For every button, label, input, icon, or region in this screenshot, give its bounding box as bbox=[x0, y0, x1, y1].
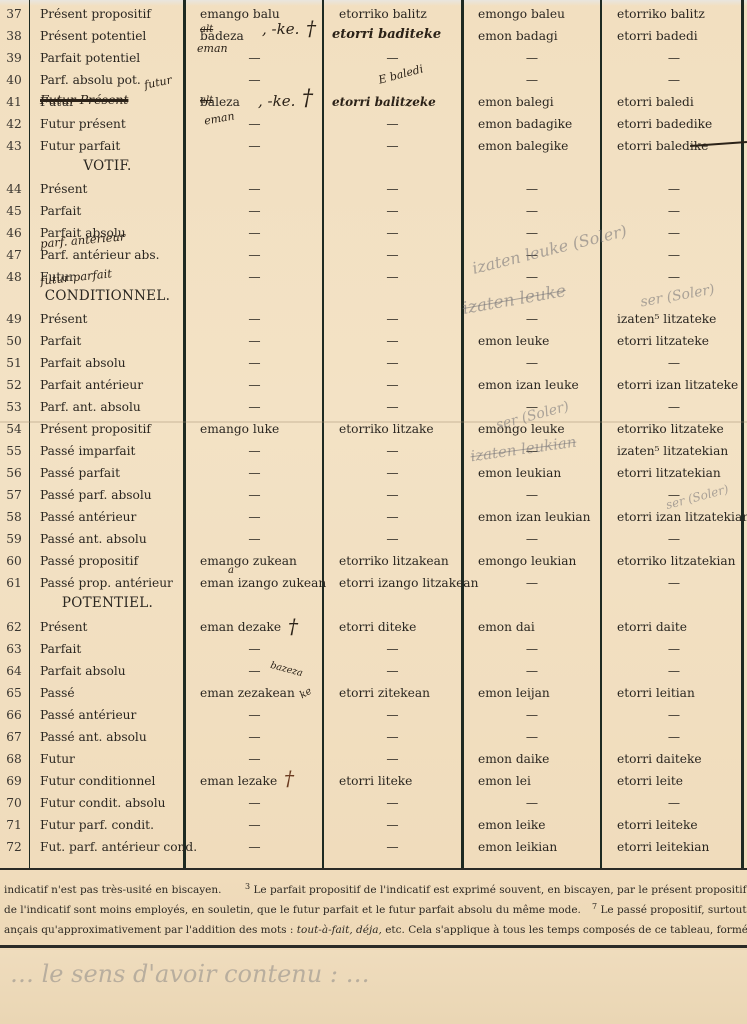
tense-label: Parfait potentiel bbox=[40, 47, 140, 69]
table-row: 47Parf. antérieur abs.———— bbox=[0, 244, 747, 266]
tense-label: Parfait absolu bbox=[40, 352, 126, 374]
cell-c4: etorri badedike bbox=[603, 113, 747, 135]
tense-label: Passé imparfait bbox=[40, 440, 135, 462]
cell-c2: — bbox=[325, 396, 460, 418]
handwritten-form-r41-c2: etorri balitzeke bbox=[332, 95, 436, 109]
cell-c4: — bbox=[603, 528, 745, 550]
footnote-marker-3: 3 bbox=[245, 882, 250, 891]
handwritten-note-r61: a bbox=[228, 565, 234, 576]
row-number: 64 bbox=[2, 660, 26, 682]
table-row: 62Présenteman dezakeetorri ditekeemon da… bbox=[0, 616, 747, 638]
cell-c4: — bbox=[603, 244, 745, 266]
cell-c3: — bbox=[464, 484, 600, 506]
row-number: 61 bbox=[2, 572, 26, 594]
table-bottom-rule bbox=[0, 868, 747, 870]
row-number: 72 bbox=[2, 836, 26, 858]
tense-label: Passé prop. antérieur bbox=[40, 572, 173, 594]
footnote-line-2-right: 7 Le passé propositif, surtout le bbox=[592, 900, 747, 920]
cell-c1: — bbox=[186, 836, 323, 858]
row-number: 63 bbox=[2, 638, 26, 660]
cell-c2: — bbox=[325, 352, 460, 374]
cell-c1: — bbox=[186, 528, 323, 550]
cell-c2: etorri zitekean bbox=[325, 682, 474, 704]
row-number: 47 bbox=[2, 244, 26, 266]
tense-label: Présent propositif bbox=[40, 418, 151, 440]
footnote-line-3-italic: tout-à-fait, déja, bbox=[297, 924, 382, 936]
cell-c2: — bbox=[325, 308, 460, 330]
cell-c4: etorri izan litzateke bbox=[603, 374, 747, 396]
footnote-bottom-rule bbox=[0, 945, 747, 948]
section-heading: POTENTIEL. bbox=[30, 595, 185, 611]
footnote-line-1-left: indicatif n'est pas très-usité en biscay… bbox=[4, 880, 222, 900]
cell-c3: — bbox=[464, 200, 600, 222]
handwritten-suffix-r38: , -ke. bbox=[262, 20, 299, 38]
cell-c1: eman izango zukean bbox=[186, 572, 337, 594]
handwritten-strike-r41: alt bbox=[200, 95, 213, 106]
tense-label: Passé propositif bbox=[40, 550, 138, 572]
cell-c4: — bbox=[603, 352, 745, 374]
row-number: 49 bbox=[2, 308, 26, 330]
cell-c3: — bbox=[464, 638, 600, 660]
cell-c3: emongo baleu bbox=[464, 3, 614, 25]
tense-label: Parf. absolu pot. bbox=[40, 69, 141, 91]
cell-c1: — bbox=[186, 244, 323, 266]
row-number: 52 bbox=[2, 374, 26, 396]
cell-c1: emango zukean bbox=[186, 550, 337, 572]
cell-c3: emon lei bbox=[464, 770, 614, 792]
row-number: 50 bbox=[2, 330, 26, 352]
row-number: 56 bbox=[2, 462, 26, 484]
row-number: 53 bbox=[2, 396, 26, 418]
cell-c3: — bbox=[464, 572, 600, 594]
cell-c4: izaten⁵ litzateke bbox=[603, 308, 747, 330]
row-number: 62 bbox=[2, 616, 26, 638]
cell-c1: — bbox=[186, 374, 323, 396]
footnote-line-3-mid: etc. Cela s'applique à tous les temps co… bbox=[385, 924, 747, 936]
cell-c1: eman dezake bbox=[186, 616, 337, 638]
cell-c2: — bbox=[325, 330, 460, 352]
cell-c3: — bbox=[464, 352, 600, 374]
table-row: 61Passé prop. antérieureman izango zukea… bbox=[0, 572, 747, 594]
row-number: 45 bbox=[2, 200, 26, 222]
cell-c2: — bbox=[325, 748, 460, 770]
dagger-mark-r62: † bbox=[288, 614, 298, 638]
row-number: 40 bbox=[2, 69, 26, 91]
cell-c1: — bbox=[186, 396, 323, 418]
cell-c2: — bbox=[325, 178, 460, 200]
cell-c3: emon badagi bbox=[464, 25, 614, 47]
row-number: 57 bbox=[2, 484, 26, 506]
cell-c4: etorri leiteke bbox=[603, 814, 747, 836]
row-number: 66 bbox=[2, 704, 26, 726]
cell-c4: etorri badedi bbox=[603, 25, 747, 47]
tense-label: Futur bbox=[40, 748, 75, 770]
table-row: 57Passé parf. absolu———— bbox=[0, 484, 747, 506]
cell-c4: etorriko litzatekian bbox=[603, 550, 747, 572]
cell-c1: — bbox=[186, 266, 323, 288]
cell-c2: — bbox=[325, 638, 460, 660]
cell-c2: — bbox=[325, 200, 460, 222]
handwritten-note-r38: eman bbox=[197, 42, 228, 55]
tense-label: Parfait absolu bbox=[40, 660, 126, 682]
row-number: 43 bbox=[2, 135, 26, 157]
cell-c3: emon dai bbox=[464, 616, 614, 638]
footnote-marker-7: 7 bbox=[592, 902, 597, 911]
table-row: 56Passé parfait——emon leukianetorri litz… bbox=[0, 462, 747, 484]
cell-c4: — bbox=[603, 704, 745, 726]
table-row: 52Parfait antérieur——emon izan leukeetor… bbox=[0, 374, 747, 396]
row-number: 65 bbox=[2, 682, 26, 704]
cell-c3: emon balegike bbox=[464, 135, 614, 157]
cell-c2: — bbox=[325, 660, 460, 682]
cell-c1: — bbox=[186, 484, 323, 506]
cell-c4: — bbox=[603, 726, 745, 748]
table-row: 70Futur condit. absolu———— bbox=[0, 792, 747, 814]
cell-c4: etorri daiteke bbox=[603, 748, 747, 770]
tense-label: Parfait bbox=[40, 638, 81, 660]
cell-c1: — bbox=[186, 308, 323, 330]
tense-label: Passé ant. absolu bbox=[40, 726, 147, 748]
table-row: 53Parf. ant. absolu———— bbox=[0, 396, 747, 418]
table-row: 55Passé imparfait———izaten⁵ litzatekian bbox=[0, 440, 747, 462]
table-row: 44Présent———— bbox=[0, 178, 747, 200]
cell-c3: emon leike bbox=[464, 814, 614, 836]
row-number: 44 bbox=[2, 178, 26, 200]
cell-c3: — bbox=[464, 47, 600, 69]
table-row: 64Parfait absolu———— bbox=[0, 660, 747, 682]
cell-c2: — bbox=[325, 836, 460, 858]
cell-c1: — bbox=[186, 814, 323, 836]
table-row: 60Passé propositifemango zukeanetorriko … bbox=[0, 550, 747, 572]
cell-c3: — bbox=[464, 726, 600, 748]
cell-c3: — bbox=[464, 704, 600, 726]
cell-c1: — bbox=[186, 748, 323, 770]
section-heading: VOTIF. bbox=[30, 158, 185, 174]
cell-c3: — bbox=[464, 660, 600, 682]
cell-c2: etorri diteke bbox=[325, 616, 474, 638]
cell-c1: — bbox=[186, 200, 323, 222]
row-number: 60 bbox=[2, 550, 26, 572]
tense-label: Fut. parf. antérieur cond. bbox=[40, 836, 197, 858]
cell-c4: — bbox=[603, 638, 745, 660]
tense-label: Passé parfait bbox=[40, 462, 120, 484]
cell-c1: — bbox=[186, 462, 323, 484]
footnote-7-text: Le passé propositif, surtout le bbox=[600, 904, 747, 916]
document-page: 37Présent propositifemango baluetorriko … bbox=[0, 0, 747, 1024]
footnote-line-3-start: ançais qu'approximativement par l'additi… bbox=[4, 924, 293, 936]
cell-c2: — bbox=[325, 113, 460, 135]
cell-c1: — bbox=[186, 330, 323, 352]
cell-c4: izaten⁵ litzatekian bbox=[603, 440, 747, 462]
tense-label: Passé parf. absolu bbox=[40, 484, 152, 506]
table-row: 63Parfait———— bbox=[0, 638, 747, 660]
tense-label: Futur parfait bbox=[40, 135, 120, 157]
table-row: 39Parfait potentiel———— bbox=[0, 47, 747, 69]
cell-c3: emongo leukian bbox=[464, 550, 614, 572]
tense-label: Futur condit. absolu bbox=[40, 792, 166, 814]
table-row: 59Passé ant. absolu———— bbox=[0, 528, 747, 550]
table-row: 49Présent———izaten⁵ litzateke bbox=[0, 308, 747, 330]
cell-c2: etorriko balitz bbox=[325, 3, 474, 25]
cell-c2: — bbox=[325, 726, 460, 748]
cell-c2: — bbox=[325, 222, 460, 244]
cell-c3: — bbox=[464, 528, 600, 550]
cell-c1: — bbox=[186, 726, 323, 748]
cell-c4: etorri leitekian bbox=[603, 836, 747, 858]
cell-c3: emon leuke bbox=[464, 330, 614, 352]
row-number: 42 bbox=[2, 113, 26, 135]
cell-c4: — bbox=[603, 200, 745, 222]
dagger-mark-r38: † bbox=[306, 16, 316, 40]
cell-c4: — bbox=[603, 69, 745, 91]
cell-c1: eman zezakean bbox=[186, 682, 337, 704]
cell-c2: — bbox=[325, 374, 460, 396]
row-number: 69 bbox=[2, 770, 26, 792]
tense-label: Présent bbox=[40, 616, 87, 638]
row-number: 37 bbox=[2, 3, 26, 25]
cell-c4: — bbox=[603, 47, 745, 69]
cell-c4: — bbox=[603, 178, 745, 200]
cell-c2: — bbox=[325, 506, 460, 528]
handwritten-strike-r38: alt bbox=[200, 24, 213, 35]
row-number: 70 bbox=[2, 792, 26, 814]
cell-c2: etorri liteke bbox=[325, 770, 474, 792]
cell-c4: etorriko litzateke bbox=[603, 418, 747, 440]
row-number: 55 bbox=[2, 440, 26, 462]
tense-label: Futur parf. condit. bbox=[40, 814, 154, 836]
cell-c2: etorriko litzakean bbox=[325, 550, 474, 572]
handwritten-strike-label-r41: Futur Présent bbox=[40, 92, 128, 107]
row-number: 71 bbox=[2, 814, 26, 836]
cell-c1: eman lezake bbox=[186, 770, 337, 792]
tense-label: Parfait bbox=[40, 200, 81, 222]
cell-c4: etorri baledike bbox=[603, 135, 747, 157]
row-number: 58 bbox=[2, 506, 26, 528]
tense-label: Présent potentiel bbox=[40, 25, 146, 47]
cell-c4: etorri leite bbox=[603, 770, 747, 792]
cell-c3: emon daike bbox=[464, 748, 614, 770]
cell-c3: — bbox=[464, 69, 600, 91]
tense-label: Présent bbox=[40, 308, 87, 330]
cell-c1: — bbox=[186, 222, 323, 244]
cell-c1: — bbox=[186, 135, 323, 157]
row-number: 51 bbox=[2, 352, 26, 374]
row-number: 59 bbox=[2, 528, 26, 550]
cell-c4: etorri litzatekian bbox=[603, 462, 747, 484]
cell-c3: — bbox=[464, 178, 600, 200]
cell-c4: — bbox=[603, 660, 745, 682]
table-row: 58Passé antérieur——emon izan leukianetor… bbox=[0, 506, 747, 528]
cell-c3: emon izan leukian bbox=[464, 506, 614, 528]
row-number: 48 bbox=[2, 266, 26, 288]
row-number: 46 bbox=[2, 222, 26, 244]
footnote-3-text: Le parfait propositif de l'indicatif est… bbox=[253, 884, 747, 896]
row-number: 67 bbox=[2, 726, 26, 748]
table-row: 51Parfait absolu———— bbox=[0, 352, 747, 374]
cell-c2: — bbox=[325, 462, 460, 484]
cell-c2: — bbox=[325, 244, 460, 266]
tense-label: Parf. ant. absolu bbox=[40, 396, 141, 418]
handwritten-form-r38-c2: etorri baditeke bbox=[332, 27, 441, 42]
footnote-line-2-left: de l'indicatif sont moins employés, en s… bbox=[4, 900, 581, 920]
tense-label: Futur conditionnel bbox=[40, 770, 155, 792]
cell-c4: — bbox=[603, 792, 745, 814]
cell-c2: — bbox=[325, 135, 460, 157]
cell-c2: — bbox=[325, 704, 460, 726]
table-row: 43Futur parfait——emon balegikeetorri bal… bbox=[0, 135, 747, 157]
cell-c2: — bbox=[325, 792, 460, 814]
footnote-line-3: ançais qu'approximativement par l'additi… bbox=[4, 920, 747, 940]
table-row: 69Futur conditionneleman lezakeetorri li… bbox=[0, 770, 747, 792]
table-row: 42Futur présent——emon badagikeetorri bad… bbox=[0, 113, 747, 135]
cell-c1: — bbox=[186, 638, 323, 660]
cell-c2: — bbox=[325, 47, 460, 69]
cell-c4: — bbox=[603, 266, 745, 288]
cell-c1: — bbox=[186, 792, 323, 814]
table-row: 37Présent propositifemango baluetorriko … bbox=[0, 3, 747, 25]
cell-c2: — bbox=[325, 440, 460, 462]
cell-c2: — bbox=[325, 266, 460, 288]
cell-c4: — bbox=[603, 572, 745, 594]
cell-c2: — bbox=[325, 528, 460, 550]
table-row: 50Parfait——emon leukeetorri litzateke bbox=[0, 330, 747, 352]
cell-c4: etorri leitian bbox=[603, 682, 747, 704]
cell-c1: — bbox=[186, 352, 323, 374]
row-number: 54 bbox=[2, 418, 26, 440]
cell-c3: — bbox=[464, 792, 600, 814]
cell-c2: etorriko litzake bbox=[325, 418, 474, 440]
row-number: 68 bbox=[2, 748, 26, 770]
table-row: 67Passé ant. absolu———— bbox=[0, 726, 747, 748]
cell-c3: emon leikian bbox=[464, 836, 614, 858]
cell-c3: emon leukian bbox=[464, 462, 614, 484]
tense-label: Passé antérieur bbox=[40, 506, 136, 528]
tense-label: Passé antérieur bbox=[40, 704, 136, 726]
table-row: 66Passé antérieur———— bbox=[0, 704, 747, 726]
table-row: 45Parfait———— bbox=[0, 200, 747, 222]
cell-c1: emango luke bbox=[186, 418, 337, 440]
row-number: 39 bbox=[2, 47, 26, 69]
table-row: 65Passéeman zezakeanetorri zitekeanemon … bbox=[0, 682, 747, 704]
cell-c4: etorriko balitz bbox=[603, 3, 747, 25]
cell-c3: emon izan leuke bbox=[464, 374, 614, 396]
tense-label: Passé ant. absolu bbox=[40, 528, 147, 550]
row-number: 38 bbox=[2, 25, 26, 47]
cell-c4: etorri litzateke bbox=[603, 330, 747, 352]
table-row: 54Présent propositifemango lukeetorriko … bbox=[0, 418, 747, 440]
cell-c1: — bbox=[186, 178, 323, 200]
table-row: 71Futur parf. condit.——emon leikeetorri … bbox=[0, 814, 747, 836]
cell-c3: emon leijan bbox=[464, 682, 614, 704]
cell-c2: — bbox=[325, 484, 460, 506]
table-row: 40Parf. absolu pot.——— bbox=[0, 69, 747, 91]
tense-label: Futur présent bbox=[40, 113, 126, 135]
tense-label: Présent bbox=[40, 178, 87, 200]
row-number: 41 bbox=[2, 91, 26, 113]
dagger-mark-r41: † bbox=[302, 86, 313, 111]
section-heading: CONDITIONNEL. bbox=[30, 288, 185, 304]
tense-label: Parfait antérieur bbox=[40, 374, 143, 396]
table-row: 68Futur——emon daikeetorri daiteke bbox=[0, 748, 747, 770]
table-row: 72Fut. parf. antérieur cond.——emon leiki… bbox=[0, 836, 747, 858]
tense-label: Présent propositif bbox=[40, 3, 151, 25]
tense-label: Passé bbox=[40, 682, 75, 704]
cell-c1: — bbox=[186, 440, 323, 462]
tense-label: Parfait bbox=[40, 330, 81, 352]
handwritten-suffix-r41: , -ke. bbox=[258, 92, 295, 110]
cell-c1: — bbox=[186, 506, 323, 528]
cell-c3: emon badagike bbox=[464, 113, 614, 135]
cell-c4: etorri daite bbox=[603, 616, 747, 638]
cell-c4: etorri baledi bbox=[603, 91, 747, 113]
cell-c2: — bbox=[325, 814, 460, 836]
bottom-pencil-note: … le sens d'avoir contenu : … bbox=[10, 960, 370, 988]
cell-c2: etorri izango litzakean bbox=[325, 572, 474, 594]
footnote-line-1-right: 3 Le parfait propositif de l'indicatif e… bbox=[245, 880, 747, 900]
cell-c4: — bbox=[603, 396, 745, 418]
cell-c3: emon balegi bbox=[464, 91, 614, 113]
cell-c1: — bbox=[186, 704, 323, 726]
dagger-mark-r69: † bbox=[284, 766, 294, 790]
